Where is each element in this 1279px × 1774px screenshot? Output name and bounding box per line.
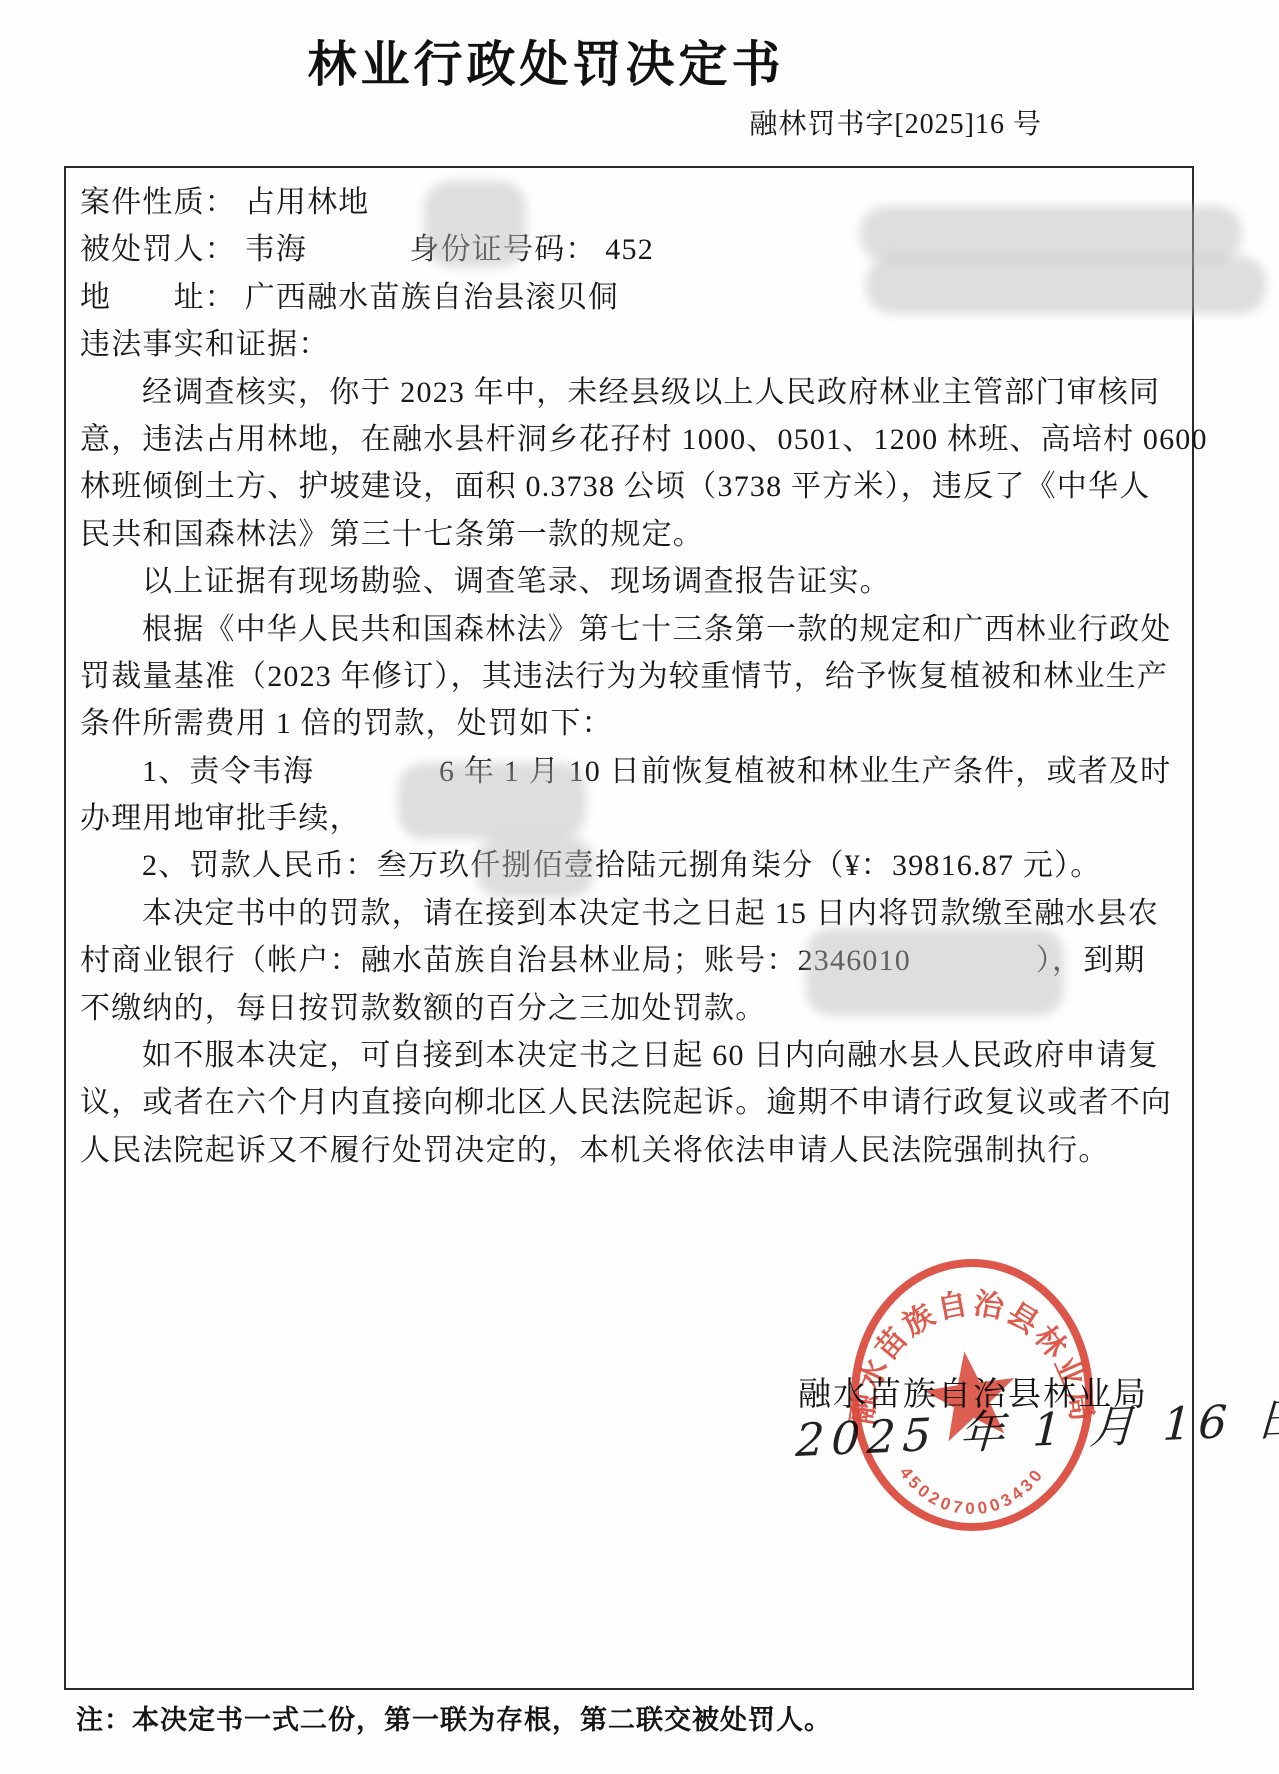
body-line: 议，或者在六个月内直接向柳北区人民法院起诉。逾期不申请行政复议或者不向: [80, 1079, 1178, 1126]
body-line: 根据《中华人民共和国森林法》第七十三条第一款的规定和广西林业行政处: [80, 606, 1178, 653]
redaction-blur-account-number: [806, 928, 1064, 1016]
body-line: 经调查核实，你于 2023 年中，未经县级以上人民政府林业主管部门审核同: [80, 369, 1178, 416]
body-line: 如不服本决定，可自接到本决定书之日起 60 日内向融水县人民政府申请复: [80, 1032, 1178, 1079]
penalty-decision-document: 林业行政处罚决定书 融林罚书字[2025]16 号 案件性质： 占用林地 被处罚…: [0, 0, 1279, 1774]
official-seal: 融水苗族自治县林业局 4502070003430: [843, 1249, 1103, 1539]
penalty-item-1: 1、责令韦海 6 年 1 月 10 日前恢复植被和林业生产条件，或者及时: [80, 748, 1178, 795]
document-title: 林业行政处罚决定书: [0, 26, 1092, 96]
penalty-item-1-cont: 办理用地审批手续，: [80, 795, 1178, 842]
redaction-blur-id-number: [860, 206, 1242, 262]
redaction-blur-name: [424, 181, 526, 267]
redaction-blur-address: [866, 256, 1266, 314]
body-line: 人民法院起诉又不履行处罚决定的，本机关将依法申请人民法院强制执行。: [80, 1127, 1178, 1174]
redaction-blur-item1-cont: [476, 836, 594, 898]
seal-star-icon: [919, 1345, 1022, 1444]
redaction-blur-item1-name-date: [398, 763, 586, 839]
body-line: 罚裁量基准（2023 年修订），其违法行为为较重情节，给予恢复植被和林业生产: [80, 653, 1178, 700]
body-line: 以上证据有现场勘验、调查笔录、现场调查报告证实。: [80, 558, 1178, 605]
body-line: 林班倾倒土方、护坡建设，面积 0.3738 公顷（3738 平方米），违反了《中…: [80, 463, 1178, 510]
body-line: 民共和国森林法》第三十七条第一款的规定。: [80, 511, 1178, 558]
document-number: 融林罚书字[2025]16 号: [0, 102, 1042, 142]
footnote: 注：本决定书一式二份，第一联为存根，第二联交被处罚人。: [76, 1698, 832, 1737]
body-line: 条件所需费用 1 倍的罚款，处罚如下：: [80, 700, 1178, 747]
penalty-item-2: 2、罚款人民币：叁万玖仟捌佰壹拾陆元捌角柒分（¥：39816.87 元）。: [80, 842, 1178, 889]
section-heading-facts: 违法事实和证据：: [80, 321, 1178, 368]
body-line: 意，违法占用林地，在融水县杆洞乡花孖村 1000、0501、1200 林班、高培…: [80, 416, 1178, 463]
